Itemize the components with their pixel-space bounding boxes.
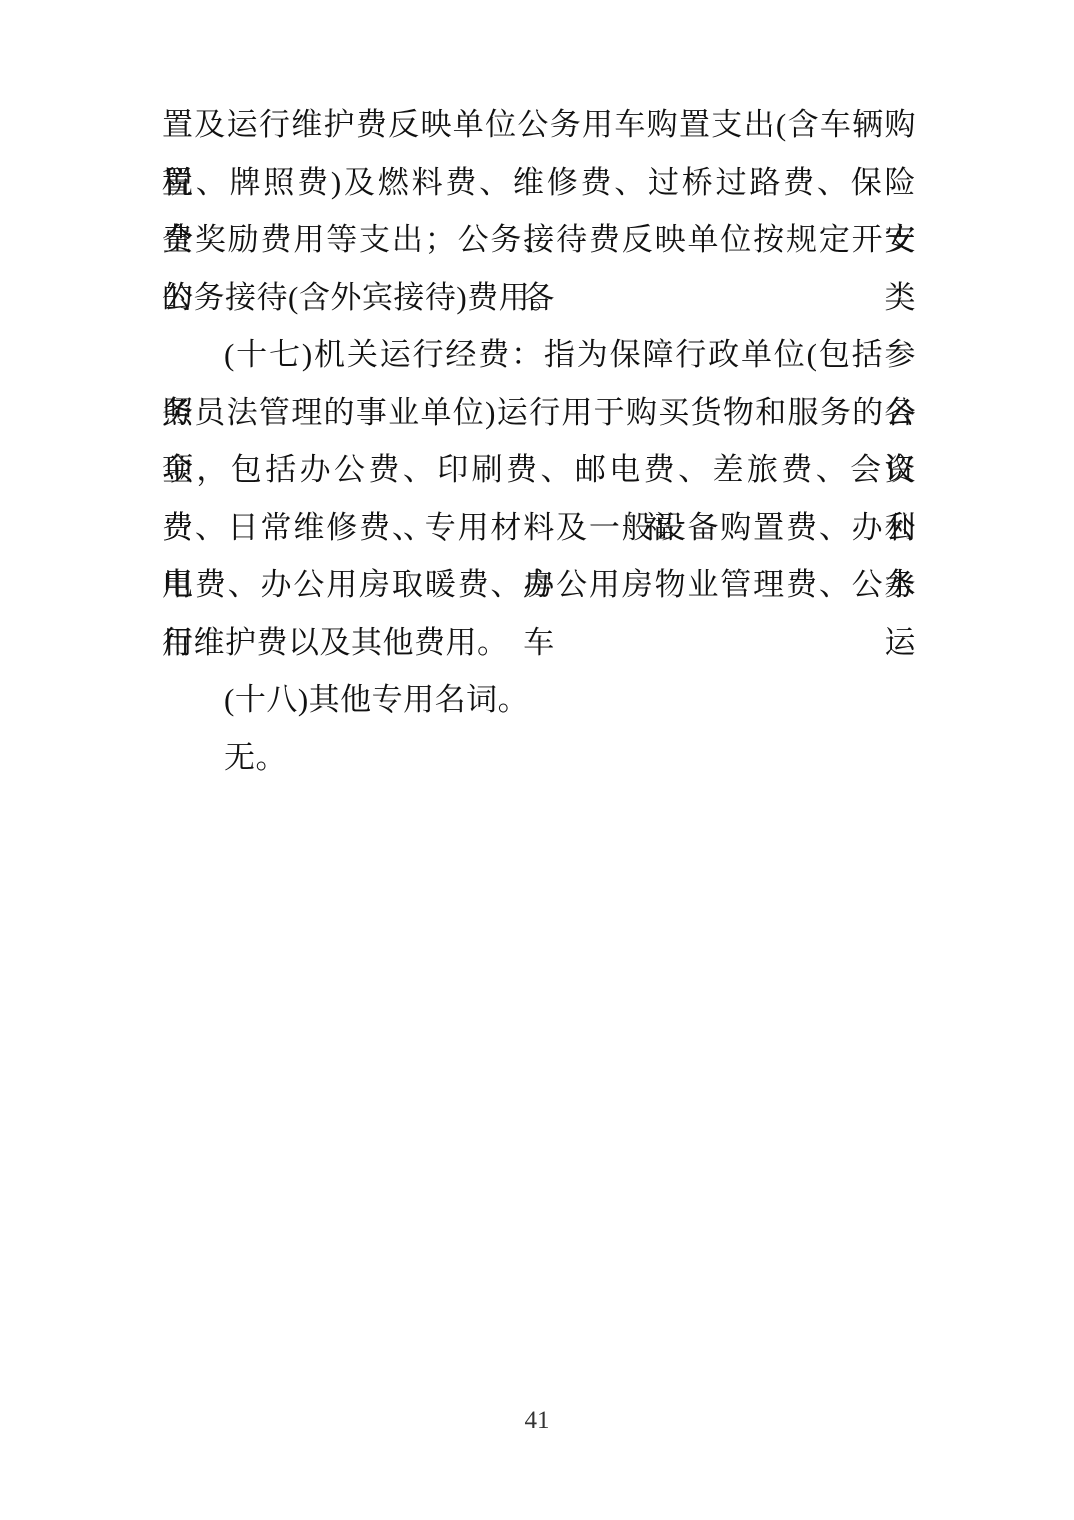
text-line: 税、牌照费)及燃料费、维修费、过桥过路费、保险费、安 <box>162 154 916 212</box>
page-footer: 41 <box>0 1404 1074 1438</box>
page-number: 41 <box>525 1407 550 1434</box>
text-line: 金，包括办公费、印刷费、邮电费、差旅费、会议费、福利 <box>162 441 916 499</box>
text-line paragraph-start: (十八)其他专用名词。 <box>162 671 916 729</box>
text-line paragraph-start: (十七)机关运行经费：指为保障行政单位(包括参照公 <box>162 326 916 384</box>
text-line: 费、日常维修费、专用材料及一般设备购置费、办公用房水 <box>162 499 916 557</box>
document-page: 置及运行维护费反映单位公务用车购置支出(含车辆购置 税、牌照费)及燃料费、维修费… <box>0 0 1074 1520</box>
text-line: 电费、办公用房取暖费、办公用房物业管理费、公务用车运 <box>162 556 916 614</box>
text-line: 置及运行维护费反映单位公务用车购置支出(含车辆购置 <box>162 96 916 154</box>
text-line: 务员法管理的事业单位)运行用于购买货物和服务的各项资 <box>162 384 916 442</box>
body-text: 置及运行维护费反映单位公务用车购置支出(含车辆购置 税、牌照费)及燃料费、维修费… <box>162 96 916 786</box>
text-line paragraph-end: 无。 <box>162 729 916 787</box>
text-line: 全奖励费用等支出；公务接待费反映单位按规定开支的各类 <box>162 211 916 269</box>
